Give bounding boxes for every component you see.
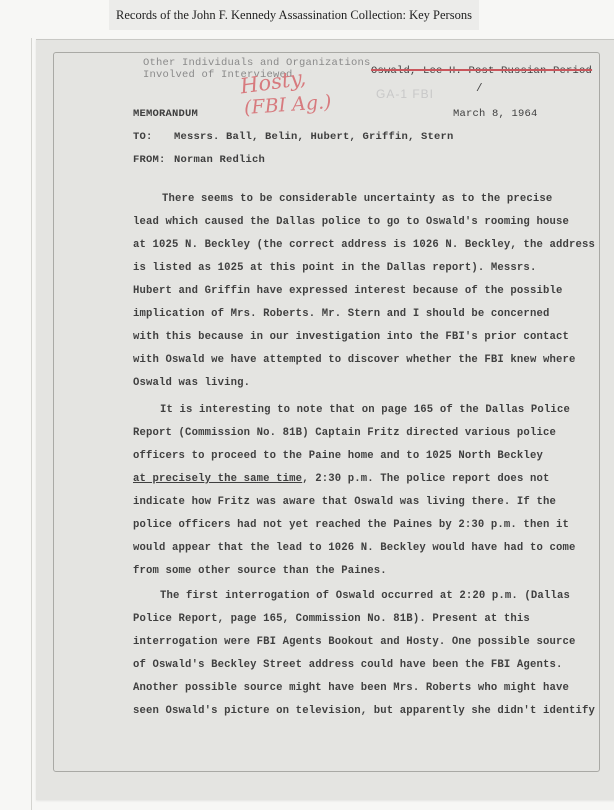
file-label-line1: Other Individuals and Organizations bbox=[143, 57, 371, 69]
body-line: indicate how Fritz was aware that Oswald… bbox=[133, 496, 556, 508]
scan-edge-line bbox=[31, 38, 32, 810]
body-line: There seems to be considerable uncertain… bbox=[162, 193, 552, 205]
body-line: Report (Commission No. 81B) Captain Frit… bbox=[133, 427, 556, 439]
body-line: with Oswald we have attempted to discove… bbox=[133, 354, 576, 366]
body-line: Another possible source might have been … bbox=[133, 682, 569, 694]
body-line: police officers had not yet reached the … bbox=[133, 519, 569, 531]
body-line: with this because in our investigation i… bbox=[133, 331, 569, 343]
body-line: seen Oswald's picture on television, but… bbox=[133, 705, 595, 717]
file-stamp: GA-1 FBI bbox=[376, 87, 434, 101]
body-line: of Oswald's Beckley Street address could… bbox=[133, 659, 562, 671]
collection-header: Records of the John F. Kennedy Assassina… bbox=[109, 0, 479, 30]
to-label: TO: bbox=[133, 131, 153, 143]
body-line: officers to proceed to the Paine home an… bbox=[133, 450, 543, 462]
to-recipients: Messrs. Ball, Belin, Hubert, Griffin, St… bbox=[174, 131, 454, 143]
body-line: It is interesting to note that on page 1… bbox=[160, 404, 570, 416]
body-line: The first interrogation of Oswald occurr… bbox=[160, 590, 570, 602]
from-label: FROM: bbox=[133, 154, 166, 166]
body-line: Oswald was living. bbox=[133, 377, 250, 389]
body-line: from some other source than the Paines. bbox=[133, 565, 387, 577]
pencil-mark: / bbox=[476, 83, 483, 95]
body-line: lead which caused the Dallas police to g… bbox=[133, 216, 569, 228]
body-line-rest: , 2:30 p.m. The police report does not bbox=[302, 473, 549, 485]
underlined-phrase: at precisely the same time bbox=[133, 473, 302, 485]
body-line: Police Report, page 165, Commission No. … bbox=[133, 613, 530, 625]
body-line: Hubert and Griffin have expressed intere… bbox=[133, 285, 562, 297]
memo-type: MEMORANDUM bbox=[133, 108, 198, 120]
subject-label: Oswald, Lee H. Post-Russian Period bbox=[371, 65, 592, 77]
body-line: at 1025 N. Beckley (the correct address … bbox=[133, 239, 595, 251]
body-line: interrogation were FBI Agents Bookout an… bbox=[133, 636, 576, 648]
body-line: at precisely the same time, 2:30 p.m. Th… bbox=[133, 473, 549, 485]
body-line: would appear that the lead to 1026 N. Be… bbox=[133, 542, 576, 554]
from-sender: Norman Redlich bbox=[174, 154, 265, 166]
memo-date: March 8, 1964 bbox=[453, 108, 538, 120]
body-line: is listed as 1025 at this point in the D… bbox=[133, 262, 536, 274]
body-line: implication of Mrs. Roberts. Mr. Stern a… bbox=[133, 308, 549, 320]
